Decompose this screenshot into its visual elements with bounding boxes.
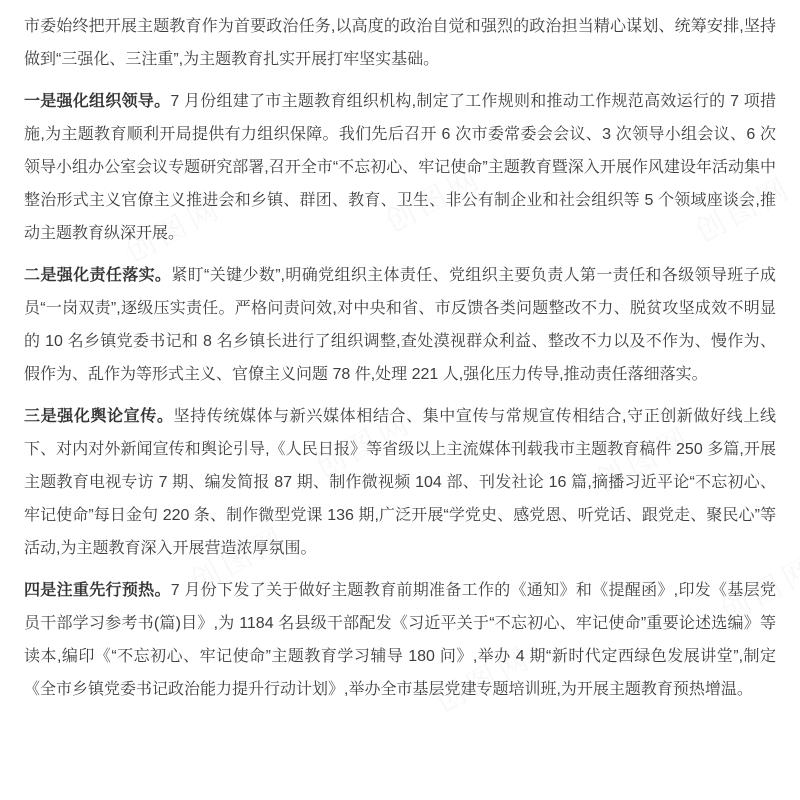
paragraph-point-2: 二是强化责任落实。紧盯“关键少数”,明确党组织主体责任、党组织主要负责人第一责任… <box>24 259 776 391</box>
paragraph-lead: 四是注重先行预热。 <box>24 582 171 599</box>
paragraph-body: 紧盯“关键少数”,明确党组织主体责任、党组织主要负责人第一责任和各级领导班子成员… <box>24 267 776 383</box>
paragraph-body: 7 月份下发了关于做好主题教育前期准备工作的《通知》和《提醒函》,印发《基层党员… <box>24 582 776 698</box>
paragraph-lead: 一是强化组织领导。 <box>24 93 170 110</box>
paragraph-body: 市委始终把开展主题教育作为首要政治任务,以高度的政治自觉和强烈的政治担当精心谋划… <box>24 18 776 68</box>
paragraph-point-1: 一是强化组织领导。7 月份组建了市主题教育组织机构,制定了工作规则和推动工作规范… <box>24 85 776 250</box>
paragraph-body: 7 月份组建了市主题教育组织机构,制定了工作规则和推动工作规范高效运行的 7 项… <box>24 93 776 242</box>
paragraph-body: 坚持传统媒体与新兴媒体相结合、集中宣传与常规宣传相结合,守正创新做好线上线下、对… <box>24 408 776 557</box>
paragraph-lead: 三是强化舆论宣传。 <box>24 408 174 425</box>
paragraph-intro: 市委始终把开展主题教育作为首要政治任务,以高度的政治自觉和强烈的政治担当精心谋划… <box>24 10 776 76</box>
document-text-area: 市委始终把开展主题教育作为首要政治任务,以高度的政治自觉和强烈的政治担当精心谋划… <box>0 0 800 706</box>
paragraph-point-3: 三是强化舆论宣传。坚持传统媒体与新兴媒体相结合、集中宣传与常规宣传相结合,守正创… <box>24 400 776 565</box>
paragraph-lead: 二是强化责任落实。 <box>24 267 171 284</box>
paragraph-point-4: 四是注重先行预热。7 月份下发了关于做好主题教育前期准备工作的《通知》和《提醒函… <box>24 574 776 706</box>
